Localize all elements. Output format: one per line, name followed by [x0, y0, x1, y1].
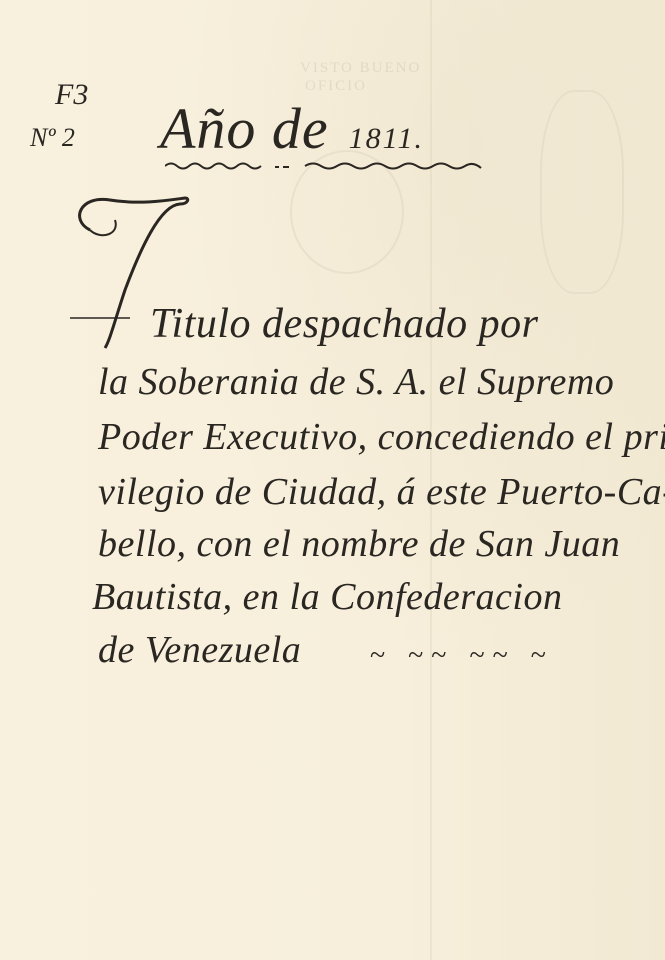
body-line: Poder Executivo, concediendo el pri-	[98, 415, 665, 459]
body-line: vilegio de Ciudad, á este Puerto-Ca-	[98, 470, 665, 514]
body-line: bello, con el nombre de San Juan	[98, 522, 620, 566]
body-line: de Venezuela	[98, 628, 301, 672]
bleed-through-stamp	[540, 90, 624, 294]
body-line: la Soberania de S. A. el Supremo	[98, 360, 614, 404]
line-end-flourish: ~ ~~ ~~ ~	[370, 640, 554, 672]
year-text: 1811.	[349, 122, 424, 155]
bleed-through-text: VISTO BUENO	[300, 60, 421, 77]
title-text: Año de	[160, 96, 329, 161]
folio-reference: F3	[55, 80, 88, 110]
manuscript-page: VISTO BUENO OFICIO F3 Nº 2 Año de 1811. …	[0, 0, 665, 960]
wavy-underline	[165, 160, 525, 172]
body-line: Titulo despachado por	[150, 300, 539, 348]
document-number: Nº 2	[30, 125, 75, 151]
page-title: Año de 1811.	[160, 95, 424, 162]
body-line: Bautista, en la Confederacion	[92, 575, 562, 619]
bleed-through-text: OFICIO	[305, 78, 367, 95]
